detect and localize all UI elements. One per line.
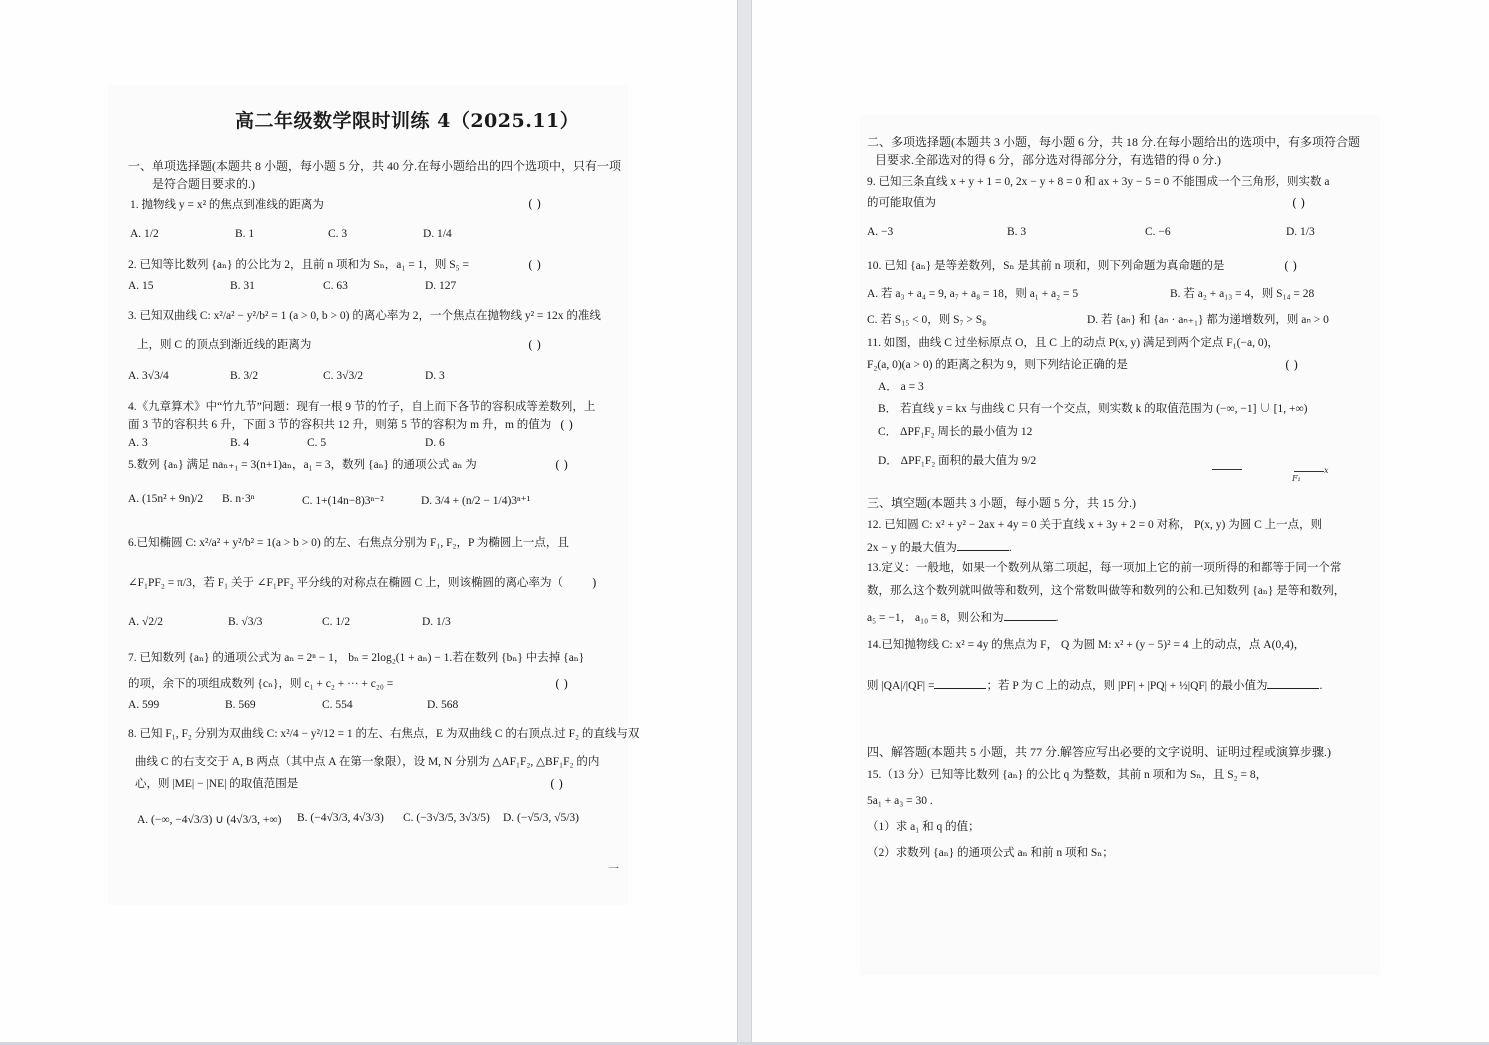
- question-3-stem-cont: 上，则 C 的顶点到渐近线的距离为: [137, 338, 311, 352]
- answer-blank-1[interactable]: [934, 678, 986, 689]
- question-8-stem: 8. 已知 F₁, F₂ 分别为双曲线 C: x²/4 − y²/12 = 1 …: [128, 727, 639, 741]
- question-13-stem: 13.定义：一般地，如果一个数列从第二项起，每一项加上它的前一项所得的和都等于同…: [867, 561, 1341, 575]
- question-3-stem: 3. 已知双曲线 C: x²/a² − y²/b² = 1 (a > 0, b …: [128, 309, 601, 323]
- figure-label-f1: F₁: [1292, 474, 1301, 483]
- section2-header: 二、多项选择题(本题共 3 小题，每小题 6 分，共 18 分.在每小题给出的选…: [867, 135, 1360, 149]
- question-5-stem: 5.数列 {aₙ} 满足 naₙ₊₁ = 3(n+1)aₙ，a₁ = 3，数列 …: [128, 458, 477, 472]
- answer-paren: ( ): [528, 197, 541, 211]
- q10-option-c: C. 若 S₁₅ < 0，则 S₇ > S₈: [867, 311, 986, 327]
- document-page-right: 二、多项选择题(本题共 3 小题，每小题 6 分，共 18 分.在每小题给出的选…: [752, 0, 1489, 1042]
- q8-option-d: D. (−√5/3, √5/3): [503, 812, 579, 824]
- q4-option-a: A. 3: [128, 437, 148, 449]
- question-14-stem: 14.已知抛物线 C: x² = 4y 的焦点为 F， Q 为圆 M: x² +…: [867, 638, 1305, 652]
- question-14-stem-cont: 则 |QA|/|QF| =；若 P 为 C 上的动点，则 |PF| + |PQ|…: [867, 678, 1322, 693]
- q2-option-a: A. 15: [128, 280, 154, 292]
- answer-paren: ( ): [555, 458, 568, 472]
- section4-header: 四、解答题(本题共 5 小题，共 77 分.解答应写出必要的文字说明、证明过程或…: [867, 745, 1331, 759]
- q9-option-c: C. −6: [1145, 226, 1171, 238]
- q2-option-b: B. 31: [230, 280, 255, 292]
- question-13-stem-cont: 数，那么这个数列就叫做等和数列，这个常数叫做等和数列的公和.已知数列 {aₙ} …: [867, 584, 1345, 598]
- q1-option-a: A. 1/2: [130, 228, 159, 240]
- answer-paren: ( ): [528, 258, 541, 272]
- question-11-stem-cont: F₂(a, 0)(a > 0) 的距离之积为 9，则下列结论正确的是: [867, 358, 1128, 372]
- question-14-text-a: 则 |QA|/|QF| =: [867, 680, 934, 692]
- question-15-part-1: （1）求 a₁ 和 q 的值；: [867, 820, 980, 834]
- q8-option-c: C. (−3√3/5, 3√3/5): [403, 812, 490, 824]
- q4-option-c: C. 5: [307, 437, 326, 449]
- question-8-stem-cont: 曲线 C 的右支交于 A, B 两点（其中点 A 在第一象限），设 M, N 分…: [135, 755, 599, 769]
- section3-header: 三、填空题(本题共 3 小题，每小题 5 分，共 15 分.): [867, 496, 1136, 510]
- q3-option-d: D. 3: [425, 370, 445, 382]
- question-6-stem-cont: ∠F₁PF₂ = π/3，若 F₁ 关于 ∠F₁PF₂ 平分线的对称点在椭圆 C…: [128, 576, 563, 590]
- q7-option-c: C. 554: [322, 699, 353, 711]
- q5-option-d: D. 3/4 + (n/2 − 1/4)3ⁿ⁺¹: [421, 493, 530, 507]
- question-11-stem: 11. 如图，曲线 C 过坐标原点 O，且 C 上的动点 P(x, y) 满足到…: [867, 336, 1279, 350]
- answer-paren: ( ): [1284, 259, 1297, 273]
- question-13-stem-cont2: a₅ = −1， a₁₀ = 8，则公和为.: [867, 610, 1058, 625]
- answer-paren: ( ): [555, 677, 568, 691]
- question-4-stem-cont: 面 3 节的容积共 6 升，下面 3 节的容积共 12 升，则第 5 节的容积为…: [128, 418, 551, 432]
- question-9-stem: 9. 已知三条直线 x + y + 1 = 0, 2x − y + 8 = 0 …: [867, 175, 1329, 189]
- question-12-stem-cont: 2x − y 的最大值为.: [867, 540, 1012, 555]
- q2-option-c: C. 63: [323, 280, 348, 292]
- figure-label-x: x: [1324, 466, 1329, 475]
- section1-header-cont: 是符合题目要求的.): [152, 177, 255, 191]
- q6-option-c: C. 1/2: [322, 616, 350, 628]
- question-10-stem: 10. 已知 {aₙ} 是等差数列，Sₙ 是其前 n 项和，则下列命题为真命题的…: [867, 259, 1224, 273]
- document-page-left: 高二年级数学限时训练 4（2025.11） 一、单项选择题(本题共 8 小题，每…: [0, 0, 737, 1042]
- question-15-part-2: （2）求数列 {aₙ} 的通项公式 aₙ 和前 n 项和 Sₙ；: [867, 846, 1114, 860]
- q7-option-b: B. 569: [225, 699, 256, 711]
- question-15-stem: 15.（13 分）已知等比数列 {aₙ} 的公比 q 为整数，其前 n 项和为 …: [867, 768, 1267, 782]
- q11-option-d: D． ΔPF₁F₂ 面积的最大值为 9/2: [878, 452, 1036, 468]
- q9-option-a: A. −3: [867, 226, 893, 238]
- page-gutter: [737, 0, 752, 1045]
- q7-option-a: A. 599: [128, 699, 159, 711]
- answer-paren: ( ): [1285, 358, 1298, 372]
- figure-curve-fragment: [1212, 469, 1242, 470]
- q10-option-a: A. 若 a₃ + a₄ = 9, a₇ + a₈ = 18，则 a₁ + a₂…: [867, 285, 1078, 301]
- answer-paren: ( ): [560, 418, 573, 432]
- q6-option-a: A. √2/2: [128, 616, 163, 628]
- answer-paren: ( ): [1292, 196, 1305, 210]
- question-6-stem: 6.已知椭圆 C: x²/a² + y²/b² = 1(a > b > 0) 的…: [128, 536, 569, 550]
- q3-option-a: A. 3√3/4: [128, 370, 169, 382]
- question-4-stem: 4.《九章算术》中“竹九节”问题：现有一根 9 节的竹子，自上而下各节的容积成等…: [128, 400, 595, 414]
- q5-option-c: C. 1+(14n−8)3ⁿ⁻²: [302, 493, 384, 507]
- section1-header: 一、单项选择题(本题共 8 小题，每小题 5 分，共 40 分.在每小题给出的四…: [128, 159, 621, 173]
- x-axis-arrow: [1294, 471, 1324, 472]
- q4-option-d: D. 6: [425, 437, 445, 449]
- q8-option-a: A. (−∞, −4√3/3) ∪ (4√3/3, +∞): [137, 812, 281, 826]
- answer-blank-2[interactable]: [1267, 678, 1319, 689]
- question-1-stem: 1. 抛物线 y = x² 的焦点到准线的距离为: [130, 198, 324, 212]
- q9-option-d: D. 1/3: [1286, 226, 1315, 238]
- question-7-stem-cont: 的项，余下的项组成数列 {cₙ}，则 c₁ + c₂ + ··· + c₂₀ =: [128, 677, 393, 691]
- question-8-stem-cont2: 心，则 |ME| − |NE| 的取值范围是: [135, 777, 298, 791]
- q11-option-a: A． a = 3: [878, 378, 924, 394]
- page-number: 一: [608, 860, 619, 876]
- question-13-text: a₅ = −1， a₁₀ = 8，则公和为: [867, 612, 1004, 624]
- q1-option-d: D. 1/4: [423, 228, 452, 240]
- answer-blank[interactable]: [957, 540, 1009, 551]
- question-12-stem: 12. 已知圆 C: x² + y² − 2ax + 4y = 0 关于直线 x…: [867, 518, 1322, 532]
- answer-blank[interactable]: [1004, 610, 1056, 621]
- q1-option-b: B. 1: [235, 228, 254, 240]
- section2-header-cont: 目要求.全部选对的得 6 分，部分选对得部分分，有选错的得 0 分.): [875, 153, 1221, 167]
- q1-option-c: C. 3: [328, 228, 347, 240]
- q8-option-b: B. (−4√3/3, 4√3/3): [297, 812, 384, 824]
- question-7-stem: 7. 已知数列 {aₙ} 的通项公式为 aₙ = 2ⁿ − 1， bₙ = 2l…: [128, 651, 584, 665]
- q6-option-b: B. √3/3: [228, 616, 262, 628]
- question-2-stem: 2. 已知等比数列 {aₙ} 的公比为 2，且前 n 项和为 Sₙ，a₁ = 1…: [128, 258, 469, 272]
- answer-paren: ( ): [528, 338, 541, 352]
- q5-option-b: B. n·3ⁿ: [222, 493, 254, 505]
- q10-option-b: B. 若 a₂ + a₁₃ = 4，则 S₁₄ = 28: [1170, 285, 1314, 301]
- answer-paren-close: ): [592, 576, 597, 590]
- question-12-text: 2x − y 的最大值为: [867, 542, 957, 554]
- q10-option-d: D. 若 {aₙ} 和 {aₙ · aₙ₊₁} 都为递增数列，则 aₙ > 0: [1087, 311, 1329, 327]
- question-9-stem-cont: 的可能取值为: [867, 196, 936, 210]
- q4-option-b: B. 4: [230, 437, 249, 449]
- q7-option-d: D. 568: [427, 699, 458, 711]
- q3-option-b: B. 3/2: [230, 370, 258, 382]
- q3-option-c: C. 3√3/2: [323, 370, 363, 382]
- q11-option-c: C． ΔPF₁F₂ 周长的最小值为 12: [878, 423, 1032, 439]
- answer-paren: ( ): [550, 777, 563, 791]
- question-14-text-b: ；若 P 为 C 上的动点，则 |PF| + |PQ| + ½|QF| 的最小值…: [986, 680, 1267, 692]
- page-title: 高二年级数学限时训练 4（2025.11）: [235, 106, 579, 133]
- question-15-stem-cont: 5a₁ + a₃ = 30 .: [867, 794, 933, 808]
- q9-option-b: B. 3: [1007, 226, 1026, 238]
- q5-option-a: A. (15n² + 9n)/2: [128, 493, 203, 505]
- q6-option-d: D. 1/3: [422, 616, 451, 628]
- q11-option-b: B． 若直线 y = kx 与曲线 C 只有一个交点，则实数 k 的取值范围为 …: [878, 400, 1308, 416]
- q2-option-d: D. 127: [425, 280, 456, 292]
